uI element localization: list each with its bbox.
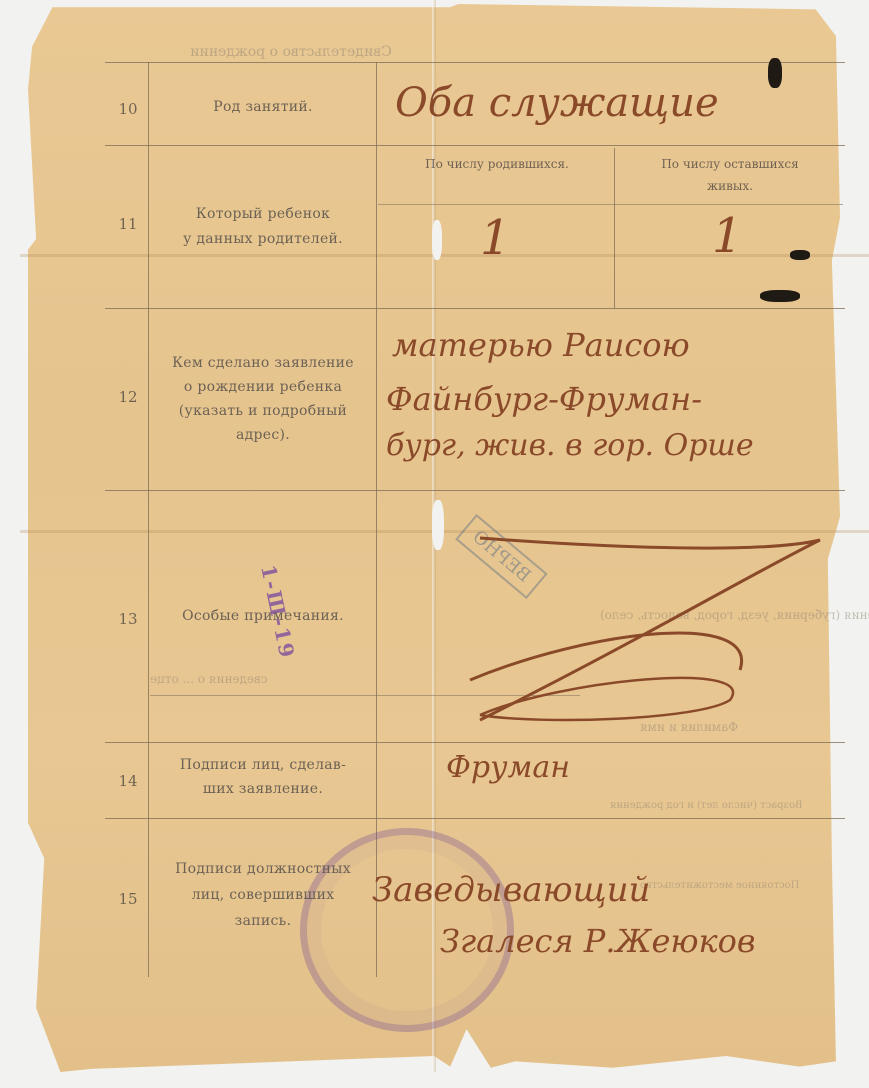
show-through-item: Возраст (число лет) и год рождения — [610, 800, 803, 811]
tear-hole — [432, 220, 442, 260]
number-column-border — [148, 62, 149, 977]
show-through-item: Постоянное местожительство — [640, 880, 799, 891]
row-15-label-line3: запись. — [150, 910, 376, 932]
row-11-label-line2: у данных родителей. — [150, 228, 376, 250]
ink-blot — [760, 290, 800, 302]
row-divider — [105, 490, 845, 491]
subheader-living-line2: живых. — [616, 176, 844, 196]
row-11-value-born: 1 — [480, 210, 511, 266]
row-12-value-line1: матерью Раисою — [392, 326, 690, 364]
row-12-value-line3: бург, жив. в гор. Орше — [386, 428, 754, 463]
row-14-label-line1: Подписи лиц, сделав- — [150, 754, 376, 776]
subheader-divider — [378, 204, 843, 205]
row-15-signature-name: Згалеся Р.Жеюков — [440, 922, 756, 960]
row-12-label-line4: адрес). — [150, 424, 376, 446]
ink-blot — [768, 58, 782, 88]
row-number-15: 15 — [108, 890, 148, 908]
row-15-label-line1: Подписи должностных — [150, 858, 376, 880]
row-number-11: 11 — [108, 215, 148, 233]
row-12-label-line1: Кем сделано заявление — [150, 352, 376, 374]
subheader-living-line1: По числу оставшихся — [616, 154, 844, 174]
row-13-label: Особые примечания. — [150, 605, 376, 627]
row-12-label-line2: о рождении ребенка — [150, 376, 376, 398]
row-15-signature-title: Заведывающий — [372, 870, 650, 910]
ink-blot — [790, 250, 810, 260]
row-number-10: 10 — [108, 100, 148, 118]
signature-flourish — [440, 520, 840, 740]
show-through-item: сведения о ... отце — [150, 672, 267, 686]
subheader-column-border — [614, 148, 615, 308]
row-14-signature: Фруман — [446, 750, 570, 785]
row-number-12: 12 — [108, 388, 148, 406]
row-15-label-line2: лиц, совершивших — [150, 884, 376, 906]
row-divider — [105, 145, 845, 146]
row-10-label: Род занятий. — [150, 96, 376, 118]
row-divider — [105, 308, 845, 309]
tear-notch — [0, 230, 20, 260]
row-11-value-living: 1 — [712, 208, 743, 264]
tear-notch — [0, 520, 20, 550]
subheader-born: По числу родившихся. — [380, 154, 614, 174]
row-11-label-line1: Который ребенок — [150, 203, 376, 225]
row-12-label-line3: (указать и подробный — [150, 400, 376, 422]
row-14-label-line2: ших заявление. — [150, 778, 376, 800]
show-through-header: Свидетельство о рождении — [190, 44, 392, 60]
row-divider — [105, 818, 845, 819]
row-number-14: 14 — [108, 772, 148, 790]
table-top-border — [105, 62, 845, 63]
row-divider — [105, 742, 845, 743]
row-12-value-line2: Файнбург-Фруман- — [386, 380, 702, 418]
row-10-value: Оба служащие — [395, 80, 719, 126]
row-number-13: 13 — [108, 610, 148, 628]
